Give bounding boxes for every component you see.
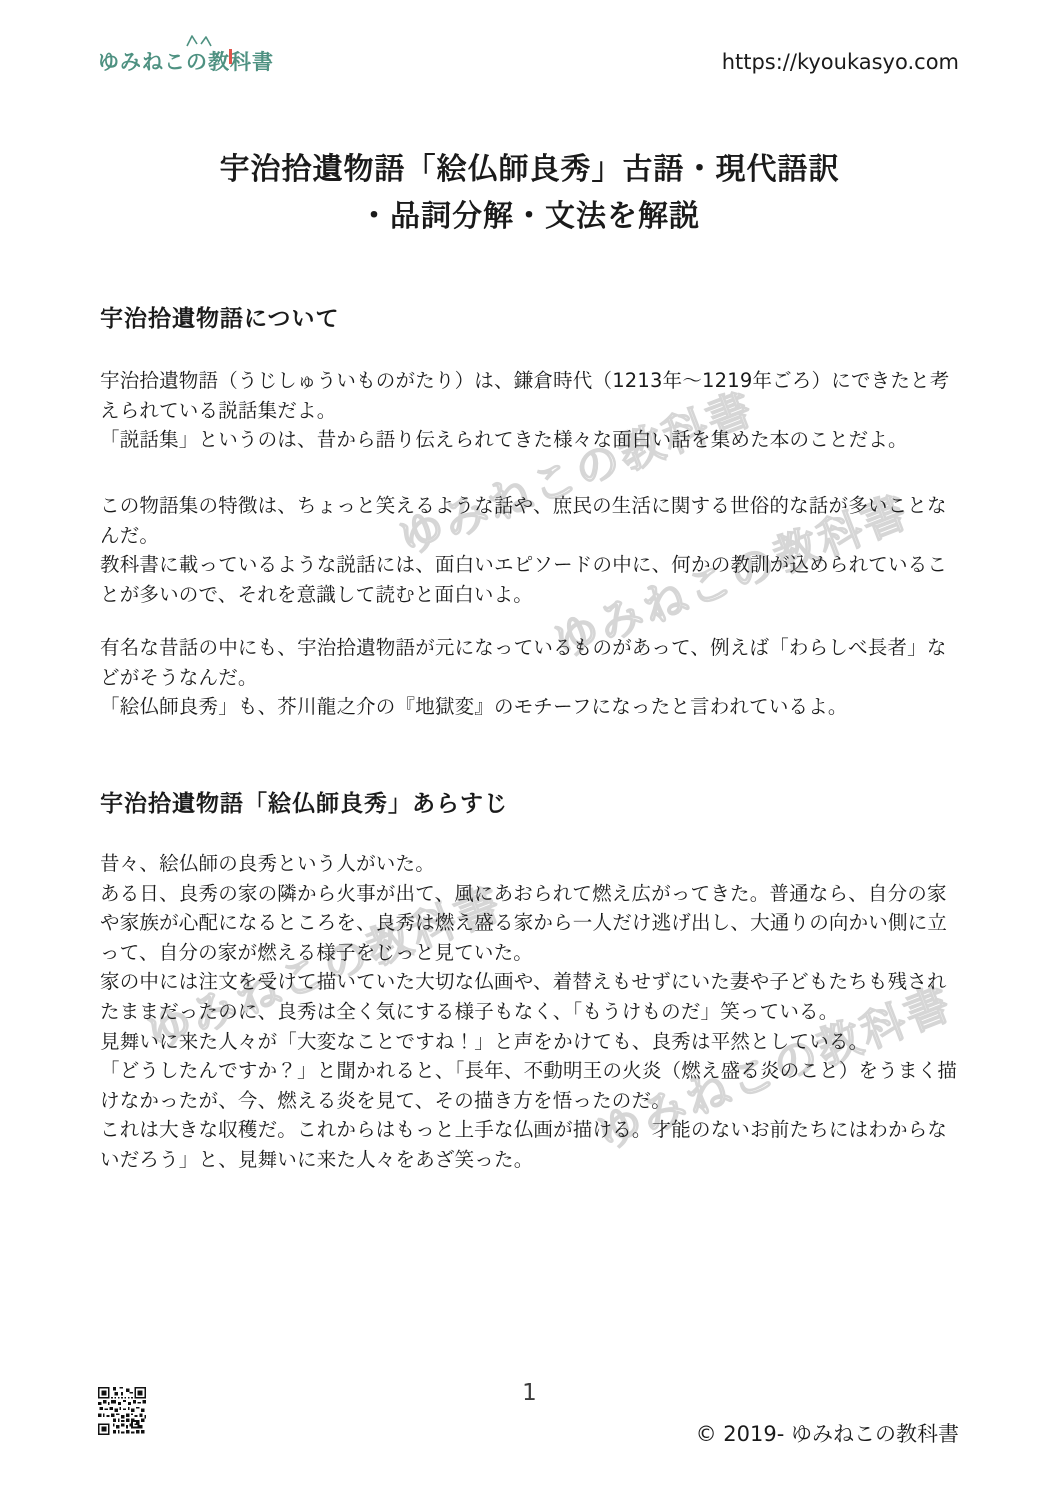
cat-ears-icon	[186, 35, 212, 47]
site-url-link[interactable]: https://kyoukasyo.com	[722, 50, 959, 74]
paragraph: 宇治拾遺物語（うじしゅういものがたり）は、鎌倉時代（1213年〜1219年ごろ）…	[100, 366, 960, 455]
section-heading-arasuji: 宇治拾遺物語「絵仏師良秀」あらすじ	[100, 785, 960, 818]
logo-text: ゆみねこの教科書	[98, 50, 274, 74]
document-page: { "header": { "logo_text": "ゆみねこの教科書", "…	[0, 0, 1059, 1497]
paragraph: この物語集の特徴は、ちょっと笑えるような話や、庶民の生活に関する世俗的な話が多い…	[100, 491, 960, 609]
paragraph: 昔々、絵仏師の良秀という人がいた。 ある日、良秀の家の隣から火事が出て、風にあお…	[100, 849, 960, 1175]
page-number: 1	[0, 1380, 1059, 1406]
copyright-text: © 2019- ゆみねこの教科書	[696, 1418, 959, 1448]
page-title: 宇治拾遺物語「絵仏師良秀」古語・現代語訳 ・品詞分解・文法を解説	[0, 146, 1059, 240]
title-line-1: 宇治拾遺物語「絵仏師良秀」古語・現代語訳	[0, 146, 1059, 193]
qr-code	[98, 1387, 146, 1435]
section-heading-about: 宇治拾遺物語について	[100, 300, 960, 333]
logo-accent-mark	[229, 49, 232, 64]
paragraph: 有名な昔話の中にも、宇治拾遺物語が元になっているものがあって、例えば「わらしべ長…	[100, 633, 960, 722]
title-line-2: ・品詞分解・文法を解説	[0, 193, 1059, 240]
site-logo: ゆみねこの教科書	[98, 46, 274, 76]
